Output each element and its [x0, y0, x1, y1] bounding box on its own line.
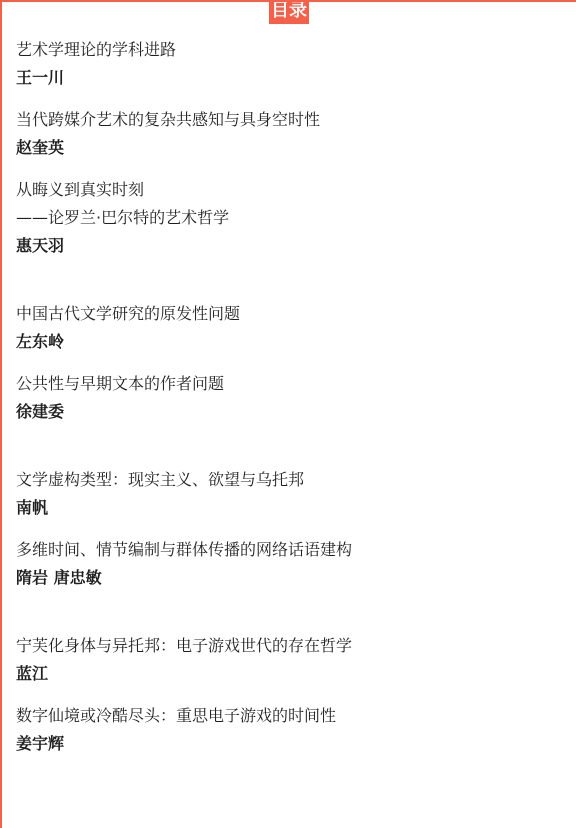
toc-entry: 多维时间、情节编制与群体传播的网络话语建构隋岩 唐忠敏 [16, 536, 556, 592]
toc-group: 中国古代文学研究的原发性问题左东岭公共性与早期文本的作者问题徐建委 [16, 300, 556, 426]
page-title: 目录 [271, 2, 307, 24]
entry-title: 宁芙化身体与异托邦：电子游戏世代的存在哲学 [16, 632, 556, 660]
entry-author: 惠天羽 [16, 232, 556, 260]
toc-entry: 数字仙境或冷酷尽头：重思电子游戏的时间性姜宇辉 [16, 702, 556, 758]
toc-entry: 中国古代文学研究的原发性问题左东岭 [16, 300, 556, 356]
entry-subtitle: ——论罗兰·巴尔特的艺术哲学 [16, 204, 556, 232]
entry-title: 多维时间、情节编制与群体传播的网络话语建构 [16, 536, 556, 564]
entry-title: 从晦义到真实时刻 [16, 176, 556, 204]
entry-title: 公共性与早期文本的作者问题 [16, 370, 556, 398]
entry-title: 文学虚构类型：现实主义、欲望与乌托邦 [16, 466, 556, 494]
toc-group: 艺术学理论的学科进路王一川当代跨媒介艺术的复杂共感知与具身空时性赵奎英从晦义到真… [16, 36, 556, 260]
entry-author: 左东岭 [16, 328, 556, 356]
toc-entry: 从晦义到真实时刻——论罗兰·巴尔特的艺术哲学惠天羽 [16, 176, 556, 260]
toc-entry: 宁芙化身体与异托邦：电子游戏世代的存在哲学蓝江 [16, 632, 556, 688]
entry-title: 中国古代文学研究的原发性问题 [16, 300, 556, 328]
entry-author: 蓝江 [16, 660, 556, 688]
toc-list: 艺术学理论的学科进路王一川当代跨媒介艺术的复杂共感知与具身空时性赵奎英从晦义到真… [2, 2, 576, 758]
toc-entry: 公共性与早期文本的作者问题徐建委 [16, 370, 556, 426]
entry-author: 徐建委 [16, 398, 556, 426]
entry-author: 南帆 [16, 494, 556, 522]
toc-entry: 当代跨媒介艺术的复杂共感知与具身空时性赵奎英 [16, 106, 556, 162]
toc-entry: 文学虚构类型：现实主义、欲望与乌托邦南帆 [16, 466, 556, 522]
entry-title: 艺术学理论的学科进路 [16, 36, 556, 64]
entry-title: 数字仙境或冷酷尽头：重思电子游戏的时间性 [16, 702, 556, 730]
toc-page: 目录 艺术学理论的学科进路王一川当代跨媒介艺术的复杂共感知与具身空时性赵奎英从晦… [0, 0, 576, 828]
entry-author: 王一川 [16, 64, 556, 92]
toc-group: 宁芙化身体与异托邦：电子游戏世代的存在哲学蓝江数字仙境或冷酷尽头：重思电子游戏的… [16, 632, 556, 758]
toc-group: 文学虚构类型：现实主义、欲望与乌托邦南帆多维时间、情节编制与群体传播的网络话语建… [16, 466, 556, 592]
entry-author: 赵奎英 [16, 134, 556, 162]
entry-title: 当代跨媒介艺术的复杂共感知与具身空时性 [16, 106, 556, 134]
entry-author: 姜宇辉 [16, 730, 556, 758]
page-title-badge: 目录 [269, 2, 309, 24]
entry-author: 隋岩 唐忠敏 [16, 564, 556, 592]
toc-entry: 艺术学理论的学科进路王一川 [16, 36, 556, 92]
